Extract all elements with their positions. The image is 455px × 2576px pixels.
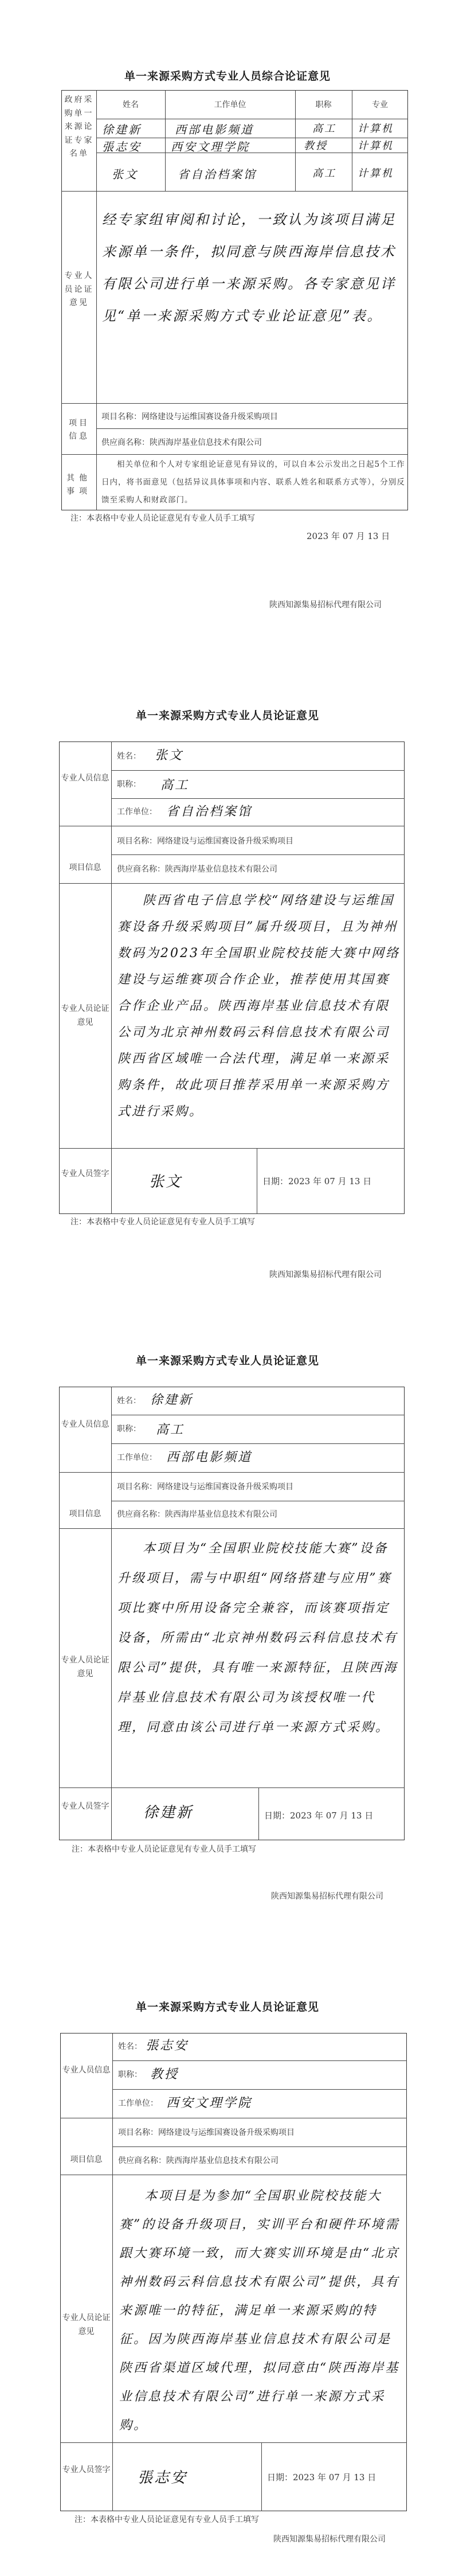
row-line: [111, 1501, 405, 1501]
expert-name: 張志安: [102, 138, 142, 154]
company-footer: 陕西知源集易招标代理有限公司: [271, 1890, 383, 1902]
expert-info-label: 专业人员信息: [59, 1418, 111, 1431]
col-line: [258, 1787, 259, 1840]
signature-label: 专业人员签字: [60, 2463, 112, 2477]
column-header-title: 职称: [295, 99, 352, 110]
signature-date: 日期：2023 年 07 月 13 日: [267, 2471, 376, 2483]
row-line: [60, 2175, 407, 2175]
supplier-name: 供应商名称：陕西海岸基业信息技术有限公司: [118, 2155, 279, 2166]
unit-label: 工作单位：: [117, 806, 157, 817]
row-line: [96, 119, 408, 119]
project-info-label: 项目信息: [59, 1508, 111, 1520]
expert-title: 高工: [312, 120, 336, 135]
table-divider: [111, 1387, 112, 1840]
row-line: [111, 1443, 405, 1444]
company-footer: 陕西知源集易招标代理有限公司: [269, 1269, 382, 1280]
project-name: 项目名称：网络建设与运维国赛设备升级采购项目: [117, 835, 293, 846]
row-line: [111, 1415, 405, 1415]
row-line: [59, 883, 405, 884]
footnote: 注：本表格中专业人员论证意见有专业人员手工填写: [72, 1843, 256, 1855]
name-label: 姓名：: [117, 750, 141, 762]
signature-label: 专业人员签字: [59, 1800, 111, 1813]
project-info-label: 项目信息: [60, 2154, 112, 2165]
signature-date: 日期：2023 年 07 月 13 日: [262, 1175, 371, 1187]
expert-unit: 省自治档案馆: [178, 165, 257, 182]
row-line: [96, 153, 408, 153]
row-line: [111, 798, 405, 799]
row-line: [111, 854, 405, 855]
column-header-name: 姓名: [96, 99, 165, 110]
row-line: [111, 770, 405, 771]
page-title: 单一来源采购方式专业人员论证意见: [0, 707, 455, 723]
column-header-unit: 工作单位: [165, 99, 295, 110]
row-line: [96, 428, 408, 429]
rank-value: 高工: [156, 1420, 185, 1438]
project-name: 项目名称：网络建设与运维国赛设备升级采购项目: [117, 1481, 293, 1492]
project-info-label: 项目信息: [59, 862, 111, 873]
unit-value: 西部电影频道: [166, 1447, 252, 1465]
other-matters-label: 其他事项: [64, 472, 94, 498]
row-line: [59, 1787, 405, 1788]
opinion-text: 经专家组审阅和讨论，一致认为该项目满足来源单一条件，拟同意与陕西海岸信息技术有限…: [102, 204, 400, 332]
rank-value: 高工: [160, 775, 189, 793]
opinion-label: 专业人员论证意见: [64, 270, 94, 310]
opinion-text: 陕西省电子信息学校“网络建设与运维国赛设备升级采购项目”属升级项目，且为神州数码…: [117, 888, 401, 1125]
rank-label: 职称：: [117, 778, 141, 790]
signature: 张文: [149, 1170, 182, 1191]
row-line: [112, 2146, 407, 2147]
expert-title: 教授: [304, 138, 328, 153]
unit-label: 工作单位：: [117, 1451, 157, 1463]
expert-info-label: 专业人员信息: [60, 2063, 112, 2077]
col-line: [257, 1148, 257, 1214]
name-label: 姓名：: [118, 2040, 142, 2052]
row-line: [60, 2118, 407, 2118]
row-line: [59, 1148, 405, 1149]
name-value: 张文: [155, 746, 183, 763]
page-title: 单一来源采购方式专业人员论证意见: [0, 1999, 455, 2014]
footnote: 注：本表格中专业人员论证意见有专业人员手工填写: [70, 1216, 255, 1227]
row-line: [59, 1528, 405, 1529]
table-divider: [112, 2033, 113, 2511]
other-matters-text: 相关单位和个人对专家组论证意见有异议的，可以自本公示发出之日起5个工作日内，将书…: [101, 456, 405, 509]
unit-label: 工作单位：: [118, 2097, 158, 2109]
expert-title: 高工: [312, 165, 336, 180]
row-line: [59, 1472, 405, 1473]
expert-name: 张文: [112, 165, 138, 182]
project-name: 项目名称：网络建设与运维国赛设备升级采购项目: [118, 2126, 295, 2138]
col-line: [261, 2442, 262, 2511]
unit-value: 西安文理学院: [166, 2093, 252, 2111]
row-line: [60, 2442, 407, 2443]
table-divider: [111, 741, 112, 1214]
rank-label: 职称：: [118, 2068, 142, 2080]
signature-label: 专业人员签字: [59, 1167, 111, 1181]
name-value: 張志安: [146, 2036, 189, 2054]
column-header-major: 专业: [352, 99, 408, 110]
row-line: [112, 2060, 407, 2061]
signature: 徐建新: [143, 1801, 193, 1822]
signature: 張志安: [138, 2466, 187, 2487]
row-line: [61, 403, 408, 404]
page-title: 单一来源采购方式专业人员论证意见: [0, 1352, 455, 1368]
rank-label: 职称：: [117, 1423, 141, 1434]
footnote: 注：本表格中专业人员论证意见有专业人员手工填写: [74, 2513, 259, 2525]
name-label: 姓名：: [117, 1395, 141, 1406]
name-value: 徐建新: [150, 1390, 193, 1408]
expert-major: 计算机: [358, 165, 394, 180]
row-line: [61, 454, 408, 455]
project-name: 项目名称：网络建设与运维国赛设备升级采购项目: [101, 411, 278, 422]
row-line: [112, 2089, 407, 2090]
company-footer: 陕西知源集易招标代理有限公司: [269, 599, 382, 610]
supplier-name: 供应商名称：陕西海岸基业信息技术有限公司: [117, 863, 277, 875]
signature-date: 日期：2023 年 07 月 13 日: [264, 1809, 373, 1821]
opinion-text: 本项目是为参加“全国职业院校技能大赛”的设备升级项目，实训平台和硬件环境需跟大赛…: [119, 2182, 403, 2440]
expert-unit: 西部电影频道: [175, 120, 254, 137]
expert-list-label: 政府采购单一来源论证专家名单: [64, 93, 94, 161]
opinion-text: 本项目为“全国职业院校技能大赛”设备升级项目，需与中职组“网络搭建与应用”赛项比…: [117, 1534, 401, 1743]
unit-value: 省自治档案馆: [166, 802, 252, 819]
row-line: [59, 826, 405, 826]
rank-value: 教授: [150, 2064, 179, 2082]
opinion-label: 专业人员论证意见: [59, 1002, 111, 1029]
expert-major: 计算机: [358, 138, 394, 153]
expert-info-label: 专业人员信息: [59, 771, 111, 785]
footnote: 注：本表格中专业人员论证意见有专业人员手工填写: [70, 512, 255, 524]
expert-major: 计算机: [358, 120, 394, 135]
date: 2023 年 07 月 13 日: [307, 530, 390, 542]
supplier-name: 供应商名称：陕西海岸基业信息技术有限公司: [101, 436, 262, 448]
opinion-label: 专业人员论证意见: [59, 1653, 111, 1681]
expert-unit: 西安文理学院: [171, 138, 250, 154]
expert-name: 徐建新: [102, 120, 142, 137]
project-info-label: 项目信息: [64, 417, 94, 443]
company-footer: 陕西知源集易招标代理有限公司: [273, 2533, 386, 2544]
opinion-label: 专业人员论证意见: [60, 2311, 112, 2339]
supplier-name: 供应商名称：陕西海岸基业信息技术有限公司: [117, 1508, 277, 1520]
page-title: 单一来源采购方式专业人员综合论证意见: [0, 68, 455, 83]
row-line: [61, 191, 408, 192]
